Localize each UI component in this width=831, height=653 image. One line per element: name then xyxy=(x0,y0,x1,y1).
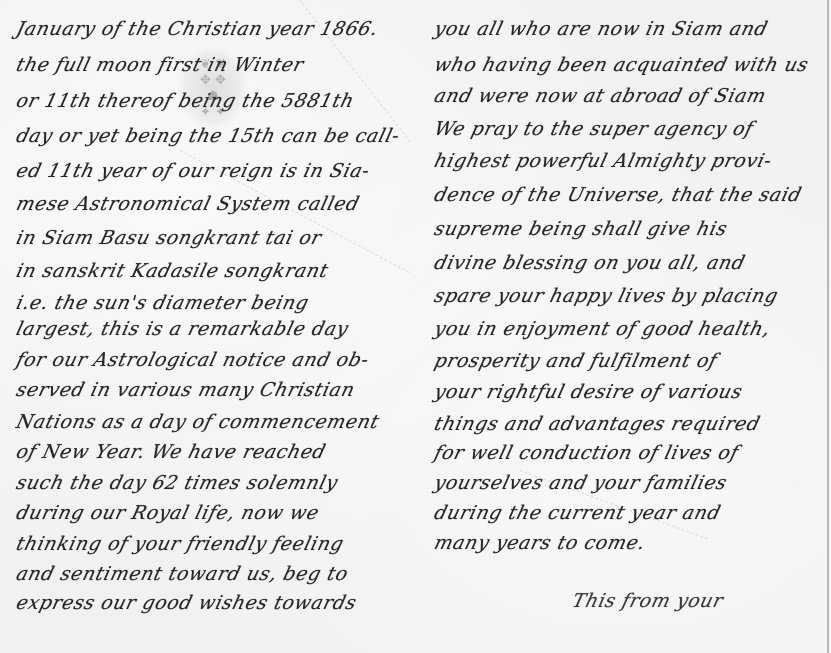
letter-line: things and advantages required xyxy=(432,413,763,435)
letter-line: express our good wishes towards xyxy=(14,592,359,614)
letter-line: highest powerful Almighty provi- xyxy=(432,150,774,172)
letter-line: largest, this is a remarkable day xyxy=(14,318,351,340)
letter-line: the full moon first in Winter xyxy=(14,54,306,76)
letter-line: who having been acquainted with us xyxy=(432,54,811,76)
letter-line: yourselves and your families xyxy=(432,472,730,494)
letter-line: in Siam Basu songkrant tai or xyxy=(14,227,324,249)
letter-line: during the current year and xyxy=(432,502,723,524)
letter-line: many years to come. xyxy=(432,532,648,554)
letter-line: for well conduction of lives of xyxy=(432,442,741,464)
letter-line: mese Astronomical System called xyxy=(14,193,362,215)
letter-line: supreme being shall give his xyxy=(432,218,730,240)
letter-line: in sanskrit Kadasile songkrant xyxy=(14,260,331,282)
letter-line: and sentiment toward us, beg to xyxy=(14,563,351,585)
letter-line: i.e. the sun's diameter being xyxy=(14,292,311,314)
letter-line: during our Royal life, now we xyxy=(14,502,322,524)
letter-line: spare your happy lives by placing xyxy=(432,285,781,307)
letter-line: January of the Christian year 1866. xyxy=(14,18,381,40)
letter-line: and were now at abroad of Siam xyxy=(432,85,769,107)
letter-line: of New Year. We have reached xyxy=(14,441,328,463)
closing-line: This from your xyxy=(570,590,726,612)
letter-line: We pray to the super agency of xyxy=(432,118,756,140)
letter-line: dence of the Universe, that the said xyxy=(432,184,804,206)
letter-line: day or yet being the 15th can be call- xyxy=(14,125,402,147)
page-edge xyxy=(827,0,829,653)
letter-line: you in enjoyment of good health, xyxy=(432,318,773,340)
letter-line: ed 11th year of our reign is in Sia- xyxy=(14,160,372,182)
letter-line: thinking of your friendly feeling xyxy=(14,533,346,555)
letter-line: your rightful desire of various xyxy=(432,381,745,403)
letter-page: ❦ ❦ ✥ ✥ ☗ ✦ ✦ January of the Christian y… xyxy=(0,0,831,653)
seal-emblem-icon: ✥ ✥ xyxy=(178,74,248,88)
letter-line: served in various many Christian xyxy=(14,379,357,401)
letter-line: Nations as a day of commencement xyxy=(14,411,382,433)
letter-line: for our Astrological notice and ob- xyxy=(14,349,371,371)
letter-line: divine blessing on you all, and xyxy=(432,252,748,274)
letter-line: you all who are now in Siam and xyxy=(432,18,770,40)
letter-line: prosperity and fulfilment of xyxy=(432,350,720,372)
letter-line: or 11th thereof being the 5881th xyxy=(14,90,357,112)
letter-line: such the day 62 times solemnly xyxy=(14,472,340,494)
